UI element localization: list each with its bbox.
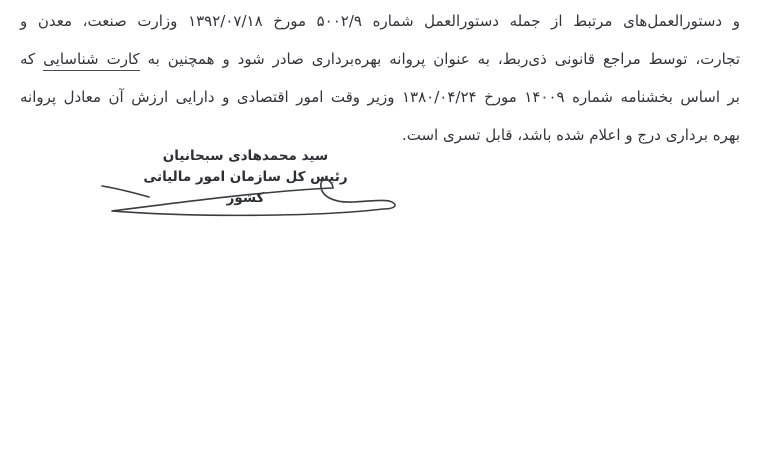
text-line-1: و دستورالعمل‌های مرتبط از جمله دستورالعم… xyxy=(20,2,740,40)
document-page: و دستورالعمل‌های مرتبط از جمله دستورالعم… xyxy=(0,0,759,470)
text-line-2-pre: تجارت، توسط مراجع قانونی ذی‌ربط، به عنوا… xyxy=(140,50,740,68)
text-line-2-post: که xyxy=(20,50,43,68)
text-line-3: بر اساس بخشنامه شماره ۱۴۰۰۹ مورخ ۱۳۸۰/۰۴… xyxy=(20,78,740,116)
text-line-4: بهره برداری درج و اعلام شده باشد، قابل ت… xyxy=(20,116,740,154)
signature-block: سید محمدهادی سبحانیان رئیس کل سازمان امو… xyxy=(138,146,353,209)
underlined-phrase: کارت شناسایی xyxy=(43,50,140,71)
text-line-2: تجارت، توسط مراجع قانونی ذی‌ربط، به عنوا… xyxy=(20,40,740,78)
signatory-name: سید محمدهادی سبحانیان xyxy=(138,146,353,167)
signatory-title: رئیس کل سازمان امور مالیاتی کشور xyxy=(138,167,353,209)
body-text: و دستورالعمل‌های مرتبط از جمله دستورالعم… xyxy=(20,2,740,154)
